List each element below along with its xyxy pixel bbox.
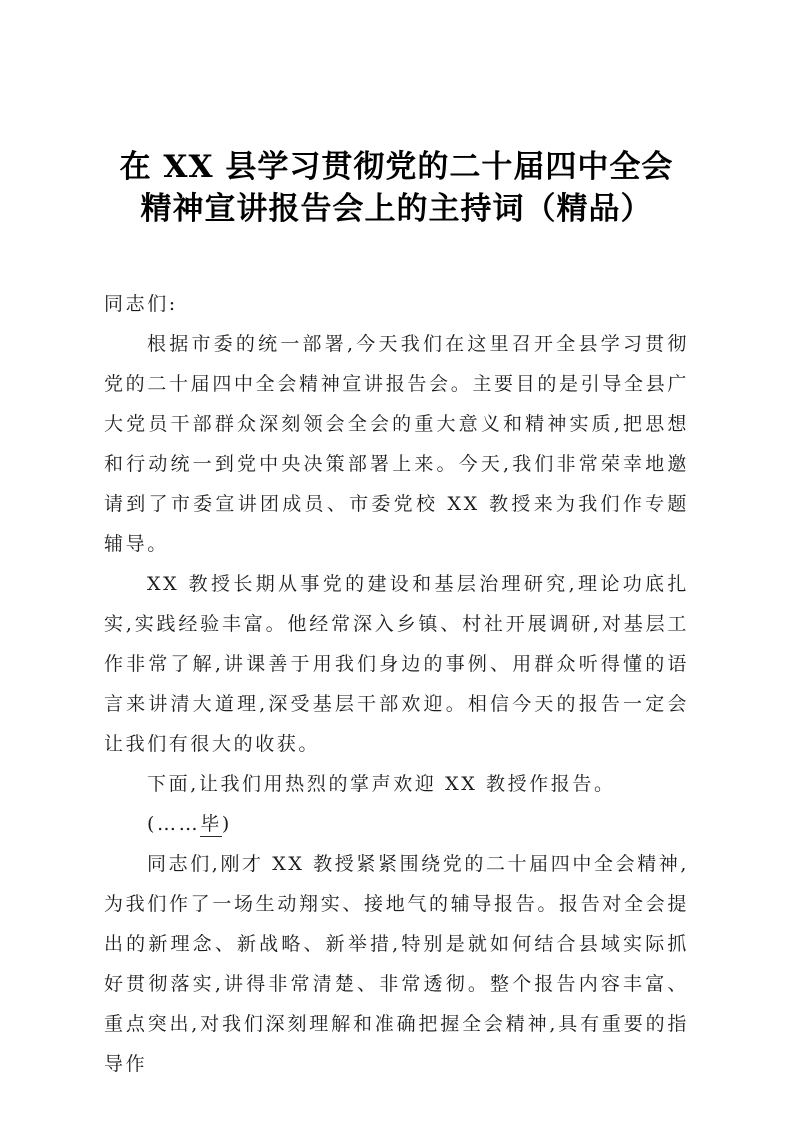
- document-page: 在 XX 县学习贯彻党的二十届四中全会精神宣讲报告会上的主持词（精品） 同志们:…: [0, 0, 793, 1122]
- paragraph-closing-summary: 同志们,刚才 XX 教授紧紧围绕党的二十届四中全会精神,为我们作了一场生动翔实、…: [104, 844, 689, 1084]
- paragraph-professor-intro: XX 教授长期从事党的建设和基层治理研究,理论功底扎实,实践经验丰富。他经常深入…: [104, 564, 689, 764]
- stage-direction: (……毕): [104, 804, 689, 844]
- stage-direction-prefix: (……: [147, 813, 200, 835]
- salutation: 同志们:: [104, 284, 689, 324]
- paragraph-welcome-applause: 下面,让我们用热烈的掌声欢迎 XX 教授作报告。: [104, 764, 689, 804]
- document-body: 同志们: 根据市委的统一部署,今天我们在这里召开全县学习贯彻党的二十届四中全会精…: [104, 284, 689, 1084]
- stage-direction-underlined-word: 毕: [200, 813, 222, 837]
- stage-direction-suffix: ): [222, 813, 232, 835]
- document-title: 在 XX 县学习贯彻党的二十届四中全会精神宣讲报告会上的主持词（精品）: [104, 146, 689, 230]
- paragraph-opening: 根据市委的统一部署,今天我们在这里召开全县学习贯彻党的二十届四中全会精神宣讲报告…: [104, 324, 689, 564]
